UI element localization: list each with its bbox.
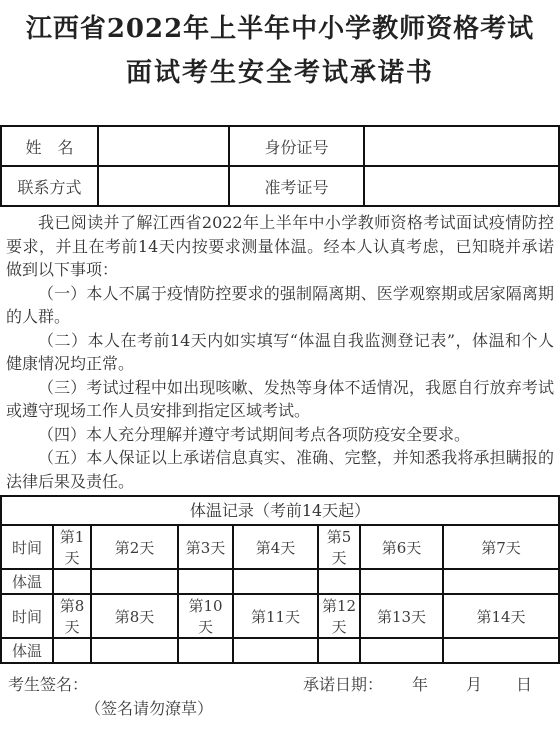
day-header: 第14天: [443, 594, 559, 638]
table-row: 时间 第8天 第8天 第10天 第11天 第12天 第13天 第14天: [1, 594, 559, 638]
table-row: 联系方式 准考证号: [1, 166, 559, 206]
time-row-label: 时间: [1, 594, 53, 638]
name-value-cell[interactable]: [98, 126, 229, 166]
temp-input-cell[interactable]: [178, 638, 233, 663]
day-header: 第8天: [91, 594, 178, 638]
month-blank[interactable]: [430, 672, 464, 692]
day-header: 第3天: [178, 525, 233, 569]
temp-input-cell[interactable]: [53, 638, 91, 663]
day-header: 第13天: [360, 594, 443, 638]
year-blank[interactable]: [385, 672, 410, 692]
signature-label: 考生签名：: [8, 672, 88, 695]
ticket-number-value-cell[interactable]: [364, 166, 559, 206]
temp-input-cell[interactable]: [360, 569, 443, 594]
commitment-item-5: （五）本人保证以上承诺信息真实、准确、完整，并知悉我将承担瞒报的法律后果及责任。: [6, 446, 554, 493]
contact-label: 联系方式: [1, 166, 98, 206]
candidate-info-table: 姓 名 身份证号 联系方式 准考证号: [0, 125, 560, 207]
signature-section: 考生签名： 承诺日期： 年 月 日 （签名请勿潦草）: [0, 664, 560, 722]
temperature-section-title: 体温记录（考前14天起）: [0, 495, 560, 524]
signature-blank[interactable]: [95, 672, 275, 692]
day-header: 第7天: [443, 525, 559, 569]
temp-input-cell[interactable]: [443, 638, 559, 663]
day-header: 第11天: [233, 594, 318, 638]
temp-input-cell[interactable]: [318, 638, 360, 663]
day-header: 第10天: [178, 594, 233, 638]
temp-input-cell[interactable]: [233, 569, 318, 594]
month-label: 月: [466, 672, 482, 695]
document-title-line2: 面试考生安全考试承诺书: [0, 57, 560, 90]
table-row: 姓 名 身份证号: [1, 126, 559, 166]
day-header: 第8天: [53, 594, 91, 638]
day-header: 第5天: [318, 525, 360, 569]
commitment-item-3: （三）考试过程中如出现咳嗽、发热等身体不适情况，我愿自行放弃考试或遵守现场工作人…: [6, 376, 554, 423]
name-label: 姓 名: [1, 126, 98, 166]
commitment-item-2: （二）本人在考前14天内如实填写“体温自我监测登记表”，体温和个人健康情况均正常…: [6, 329, 554, 376]
temp-row-label: 体温: [1, 638, 53, 663]
table-row: 时间 第1天 第2天 第3天 第4天 第5天 第6天 第7天: [1, 525, 559, 569]
commitment-intro: 我已阅读并了解江西省2022年上半年中小学教师资格考试面试疫情防控要求，并且在考…: [6, 211, 554, 282]
id-number-value-cell[interactable]: [364, 126, 559, 166]
temp-input-cell[interactable]: [91, 569, 178, 594]
id-number-label: 身份证号: [229, 126, 364, 166]
commitment-text: 我已阅读并了解江西省2022年上半年中小学教师资格考试面试疫情防控要求，并且在考…: [0, 207, 560, 493]
temp-input-cell[interactable]: [233, 638, 318, 663]
day-label: 日: [516, 672, 532, 695]
commitment-item-1: （一）本人不属于疫情防控要求的强制隔离期、医学观察期或居家隔离期的人群。: [6, 282, 554, 329]
temp-input-cell[interactable]: [178, 569, 233, 594]
temp-input-cell[interactable]: [318, 569, 360, 594]
table-row: 体温: [1, 569, 559, 594]
year-label: 年: [412, 672, 428, 695]
ticket-number-label: 准考证号: [229, 166, 364, 206]
temp-input-cell[interactable]: [443, 569, 559, 594]
commitment-item-4: （四）本人充分理解并遵守考试期间考点各项防疫安全要求。: [6, 423, 554, 447]
temp-input-cell[interactable]: [360, 638, 443, 663]
document-title-line1: 江西省2022年上半年中小学教师资格考试: [0, 13, 560, 46]
table-row: 体温: [1, 638, 559, 663]
temperature-table: 时间 第1天 第2天 第3天 第4天 第5天 第6天 第7天 体温 时间 第8天…: [0, 524, 560, 664]
day-header: 第4天: [233, 525, 318, 569]
commitment-document: 江西省2022年上半年中小学教师资格考试 面试考生安全考试承诺书 姓 名 身份证…: [0, 0, 560, 749]
day-header: 第1天: [53, 525, 91, 569]
day-header: 第6天: [360, 525, 443, 569]
date-label: 承诺日期：: [303, 672, 383, 695]
temp-input-cell[interactable]: [53, 569, 91, 594]
signature-note: （签名请勿潦草）: [85, 696, 213, 719]
temp-input-cell[interactable]: [91, 638, 178, 663]
temp-row-label: 体温: [1, 569, 53, 594]
day-header: 第2天: [91, 525, 178, 569]
day-blank[interactable]: [484, 672, 514, 692]
day-header: 第12天: [318, 594, 360, 638]
contact-value-cell[interactable]: [98, 166, 229, 206]
time-row-label: 时间: [1, 525, 53, 569]
